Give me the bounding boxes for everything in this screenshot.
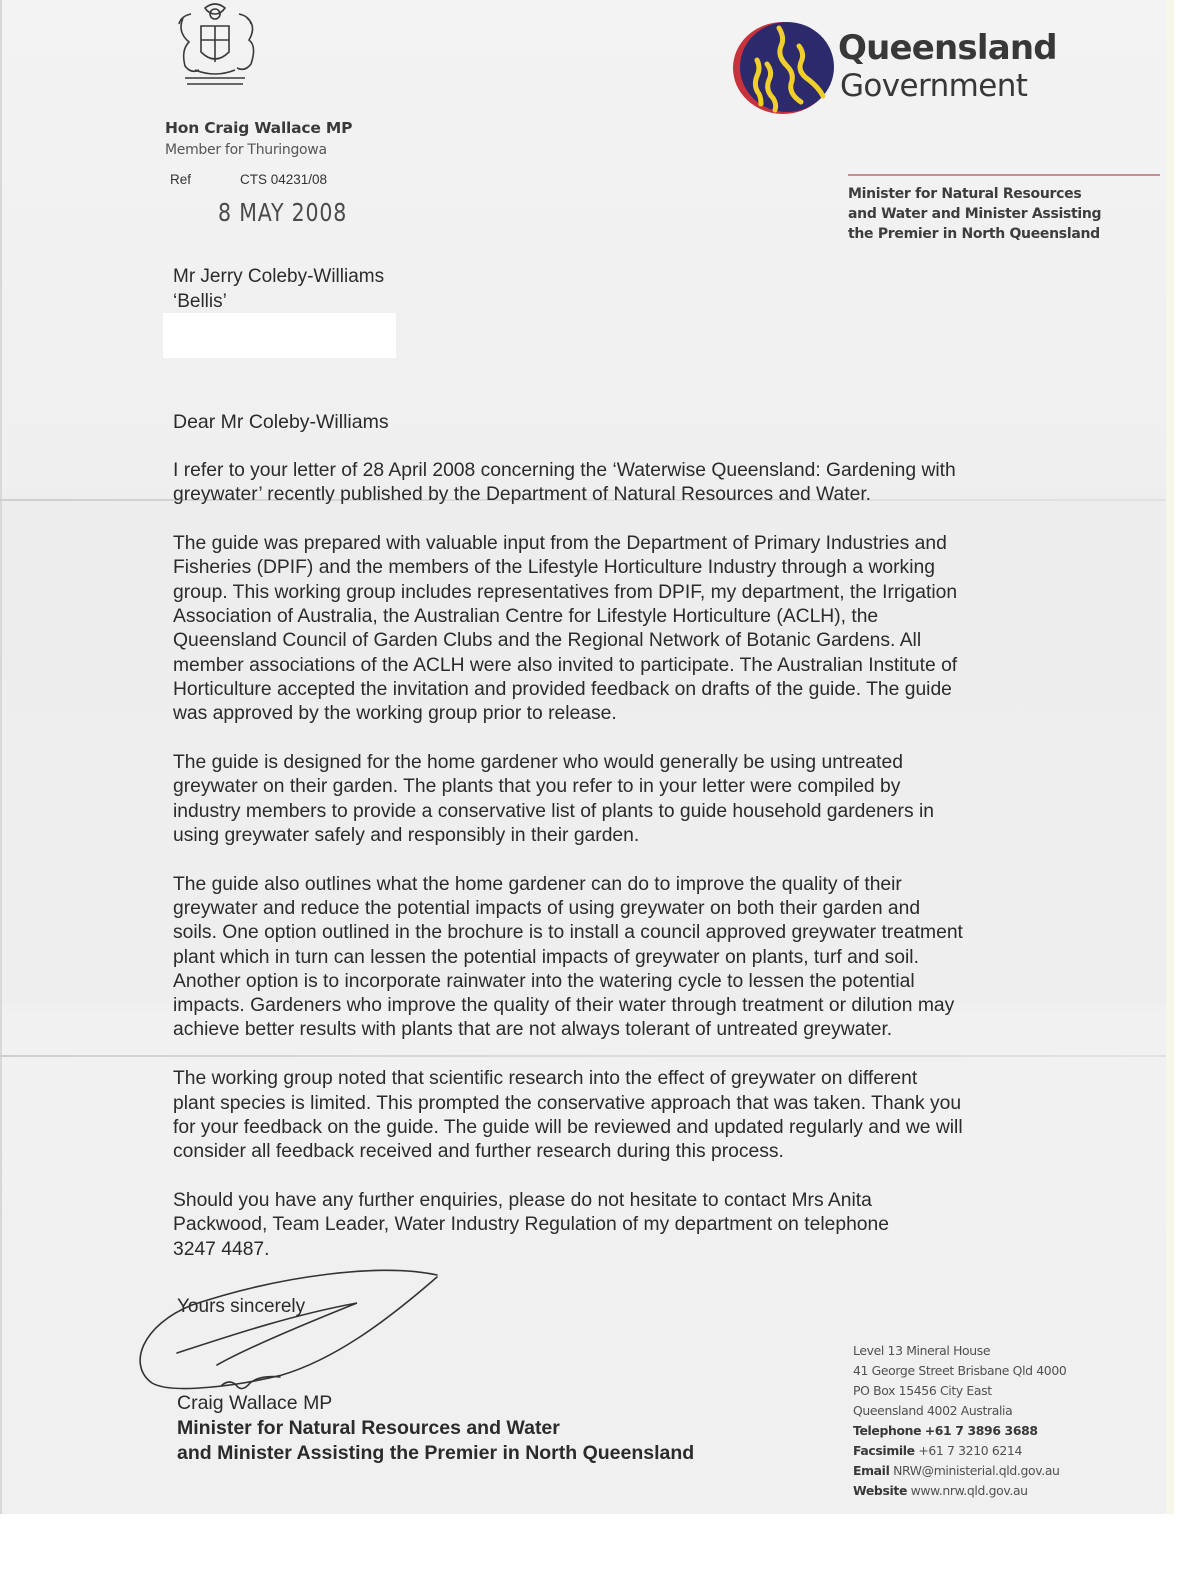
sender-name: Hon Craig Wallace MP <box>165 119 352 137</box>
handwritten-signature-icon <box>132 1265 462 1405</box>
signatory-title-line: and Minister Assisting the Premier in No… <box>177 1441 694 1466</box>
letter-body: I refer to your letter of 28 April 2008 … <box>173 459 1073 1286</box>
body-paragraph: The working group noted that scientific … <box>173 1067 1073 1164</box>
body-paragraph: Should you have any further enquiries, p… <box>173 1189 1073 1262</box>
body-paragraph: The guide also outlines what the home ga… <box>173 873 1073 1043</box>
redacted-address <box>163 313 396 358</box>
recipient-address: Mr Jerry Coleby-Williams ‘Bellis’ <box>173 264 384 314</box>
address-line: Queensland 4002 Australia <box>853 1401 1066 1421</box>
logo-wordmark-queensland: Queensland <box>838 28 1057 68</box>
signatory-title: Minister for Natural Resources and Water… <box>177 1416 694 1465</box>
contact-details: Level 13 Mineral House 41 George Street … <box>853 1341 1066 1501</box>
body-paragraph: I refer to your letter of 28 April 2008 … <box>173 459 1073 508</box>
website-line: Website www.nrw.qld.gov.au <box>853 1481 1066 1501</box>
telephone-label: Telephone <box>853 1423 921 1438</box>
body-paragraph: The guide is designed for the home garde… <box>173 751 1073 848</box>
website-label: Website <box>853 1483 907 1498</box>
reference-number: CTS 04231/08 <box>240 172 327 187</box>
recipient-name: Mr Jerry Coleby-Williams <box>173 264 384 289</box>
minister-title-line: and Water and Minister Assisting <box>848 204 1101 224</box>
queensland-government-logo-icon <box>727 18 835 118</box>
salutation: Dear Mr Coleby-Williams <box>173 411 389 434</box>
date-stamp: 8 MAY 2008 <box>218 198 347 227</box>
email-label: Email <box>853 1463 889 1478</box>
signatory-title-line: Minister for Natural Resources and Water <box>177 1416 694 1441</box>
queensland-coat-of-arms-icon <box>165 0 265 92</box>
minister-title-line: Minister for Natural Resources <box>848 184 1101 204</box>
email-address: NRW@ministerial.qld.gov.au <box>893 1463 1060 1478</box>
signatory-name: Craig Wallace MP <box>177 1392 332 1415</box>
address-line: PO Box 15456 City East <box>853 1381 1066 1401</box>
telephone-number: +61 7 3896 3688 <box>925 1423 1038 1438</box>
telephone-line: Telephone +61 7 3896 3688 <box>853 1421 1066 1441</box>
facsimile-line: Facsimile +61 7 3210 6214 <box>853 1441 1066 1461</box>
reference-label: Ref <box>170 172 191 187</box>
address-line: Level 13 Mineral House <box>853 1341 1066 1361</box>
email-line: Email NRW@ministerial.qld.gov.au <box>853 1461 1066 1481</box>
header-divider <box>848 174 1160 176</box>
website-url: www.nrw.qld.gov.au <box>911 1483 1028 1498</box>
logo-wordmark-government: Government <box>840 68 1027 104</box>
minister-title-line: the Premier in North Queensland <box>848 224 1101 244</box>
body-paragraph: The guide was prepared with valuable inp… <box>173 532 1073 726</box>
scan-edge <box>1166 0 1174 1514</box>
sender-seat: Member for Thuringowa <box>165 142 327 158</box>
recipient-property: ‘Bellis’ <box>173 289 384 314</box>
facsimile-label: Facsimile <box>853 1443 915 1458</box>
address-line: 41 George Street Brisbane Qld 4000 <box>853 1361 1066 1381</box>
facsimile-number: +61 7 3210 6214 <box>918 1443 1022 1458</box>
minister-title: Minister for Natural Resources and Water… <box>848 184 1101 244</box>
